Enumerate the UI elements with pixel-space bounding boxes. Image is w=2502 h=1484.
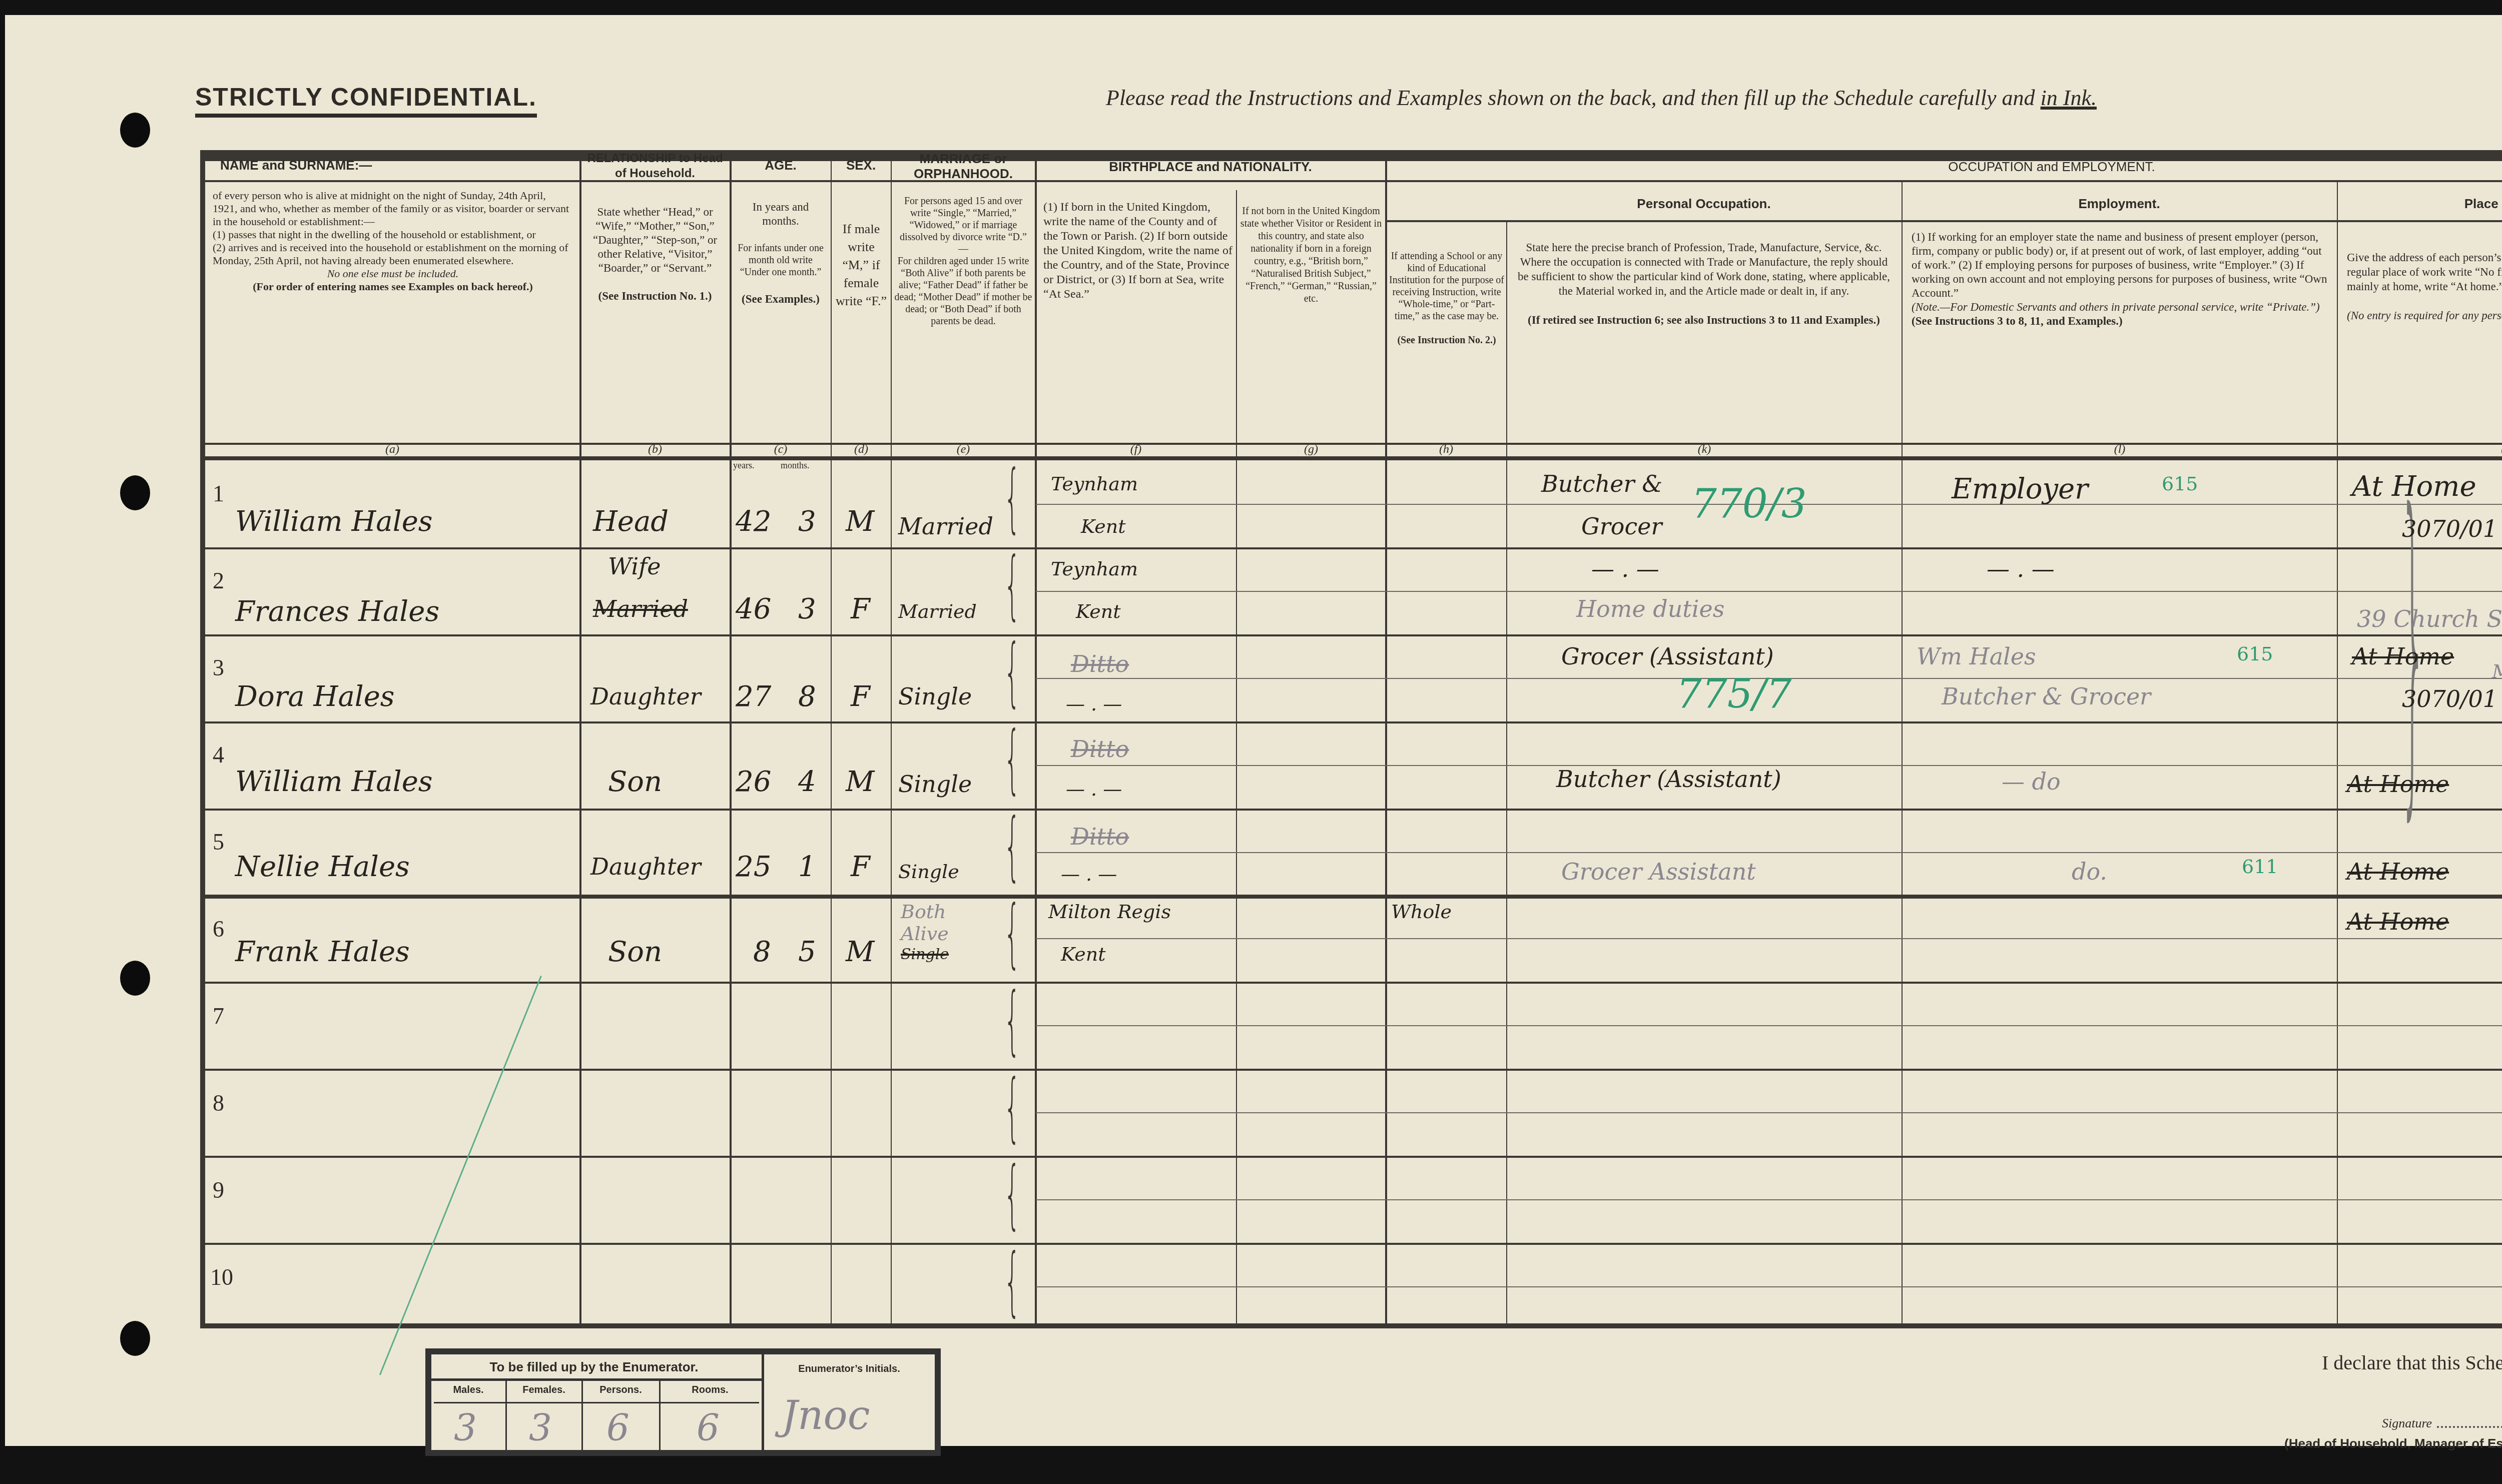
row6-birthplace-town[interactable]: Milton Regis xyxy=(1048,901,1171,923)
row2-employment[interactable]: — . — xyxy=(1987,555,2055,582)
col-c-instructions: In years and months. For infants under o… xyxy=(733,200,828,306)
col-e-instructions: For persons aged 15 and over write “Sing… xyxy=(893,195,1033,327)
brace-icon: { xyxy=(1004,547,1020,622)
row6-workplace[interactable]: At Home xyxy=(2347,908,2449,935)
row5-marriage[interactable]: Single xyxy=(898,861,959,883)
age-months-subheader: months. xyxy=(781,460,810,471)
col-letter-b: (b) xyxy=(580,443,730,456)
row2-sex[interactable]: F xyxy=(851,593,870,625)
row3-workplace-code[interactable]: 3070/01 xyxy=(2402,685,2497,712)
row-number: 2 xyxy=(213,567,224,594)
row3-birthplace-ditto[interactable]: — . — xyxy=(1066,693,1122,715)
row-number: 6 xyxy=(213,916,224,942)
col-letter-a: (a) xyxy=(205,443,579,456)
row3-name[interactable]: Dora Hales xyxy=(235,680,395,713)
row1-marriage[interactable]: Married xyxy=(898,513,993,540)
row6-sex[interactable]: M xyxy=(846,936,874,968)
row6-name[interactable]: Frank Hales xyxy=(235,936,410,968)
row3-employment-code: 615 xyxy=(2237,643,2273,665)
col-e-title: MARRIAGE or ORPHANHOOD. xyxy=(892,151,1034,181)
row3-age-years[interactable]: 27 xyxy=(736,680,771,713)
row3-workplace-town[interactable]: Milton Regis xyxy=(2492,660,2502,682)
row1-name[interactable]: William Hales xyxy=(235,505,433,538)
row4-birthplace-ditto[interactable]: — . — xyxy=(1066,778,1122,800)
row2-birthplace-town[interactable]: Teynham xyxy=(1051,558,1138,580)
row1-age-years[interactable]: 42 xyxy=(736,505,771,538)
col-m-title: Place of Work. xyxy=(2338,196,2502,211)
row6-marriage[interactable]: Single xyxy=(901,946,949,963)
col-b-instructions: State whether “Head,” or “Wife,” “Mother… xyxy=(583,205,727,303)
row2-birthplace-county[interactable]: Kent xyxy=(1076,600,1121,622)
brace-icon: { xyxy=(1004,460,1020,535)
males-label: Males. xyxy=(431,1384,505,1396)
persons-label: Persons. xyxy=(582,1384,659,1396)
row4-employment[interactable]: — do xyxy=(2002,768,2061,795)
row3-workplace-athome[interactable]: At Home xyxy=(2352,643,2454,670)
row4-occupation[interactable]: Butcher (Assistant) xyxy=(1556,766,1781,793)
row3-employment-line2[interactable]: Butcher & Grocer xyxy=(1942,683,2151,710)
row4-relationship[interactable]: Son xyxy=(608,766,662,798)
col-letter-d: (d) xyxy=(832,443,891,456)
row6-age-months[interactable]: 5 xyxy=(798,936,816,968)
row2-relationship-correction[interactable]: Wife xyxy=(608,553,661,580)
rooms-value[interactable]: 6 xyxy=(697,1407,720,1449)
col-letter-h: (h) xyxy=(1386,443,1506,456)
row1-occupation-code: 770/3 xyxy=(1691,480,1807,527)
row-number: 3 xyxy=(213,654,224,681)
signature-label: Signature xyxy=(2382,1416,2432,1431)
males-value[interactable]: 3 xyxy=(454,1407,477,1449)
row1-relationship[interactable]: Head xyxy=(593,505,669,538)
females-value[interactable]: 3 xyxy=(529,1407,552,1449)
col-k-instructions: State here the precise branch of Profess… xyxy=(1516,240,1892,327)
enumerator-initials[interactable]: Jnoc xyxy=(782,1392,870,1438)
brace-icon: { xyxy=(1004,1070,1020,1145)
row4-birthplace[interactable]: Ditto xyxy=(1071,735,1129,763)
age-years-subheader: years. xyxy=(733,460,754,471)
punch-hole xyxy=(120,961,150,996)
col-letter-l: (l) xyxy=(1903,443,2337,456)
row-number: 10 xyxy=(210,1264,233,1290)
row-number: 8 xyxy=(213,1090,224,1116)
row5-age-months[interactable]: 1 xyxy=(798,851,816,883)
row3-age-months[interactable]: 8 xyxy=(798,680,816,713)
enumerator-initials-label: Enumerator’s Initials. xyxy=(767,1363,932,1375)
row5-relationship[interactable]: Daughter xyxy=(590,853,701,880)
row2-age-months[interactable]: 3 xyxy=(798,593,816,625)
row4-age-months[interactable]: 4 xyxy=(798,766,816,798)
col-c-title: AGE. xyxy=(732,158,830,173)
brace-icon: { xyxy=(1004,634,1020,709)
row3-workplace-street[interactable]: 39 Church St, xyxy=(2357,605,2502,632)
col-b-title: RELATIONSHIP to Head of Household. xyxy=(581,151,729,181)
row4-workplace[interactable]: At Home xyxy=(2347,771,2449,798)
rooms-label: Rooms. xyxy=(660,1384,760,1396)
row4-marriage[interactable]: Single xyxy=(898,771,972,798)
row3-occupation[interactable]: Grocer (Assistant) xyxy=(1561,643,1774,670)
row1-sex[interactable]: M xyxy=(846,505,874,538)
row5-sex[interactable]: F xyxy=(851,851,870,883)
row1-workplace-code[interactable]: 3070/01 xyxy=(2402,515,2497,542)
enumerator-count-box: To be filled up by the Enumerator. Enume… xyxy=(425,1348,941,1456)
declaration-text: I declare that this Schedule is correctl… xyxy=(2322,1351,2502,1374)
row2-relationship[interactable]: Married xyxy=(593,595,688,622)
row6-education[interactable]: Whole xyxy=(1391,901,1452,923)
confidential-title: STRICTLY CONFIDENTIAL. xyxy=(195,83,537,118)
brace-icon: { xyxy=(1004,983,1020,1058)
row2-marriage[interactable]: Married xyxy=(898,600,977,622)
brace-icon: { xyxy=(1004,1157,1020,1232)
row3-relationship[interactable]: Daughter xyxy=(590,683,701,710)
row2-occupation[interactable]: Home duties xyxy=(1576,595,1724,622)
row5-age-years[interactable]: 25 xyxy=(736,851,771,883)
row2-occupation-ditto[interactable]: — . — xyxy=(1591,555,1659,582)
row-number: 5 xyxy=(213,829,224,855)
row1-birthplace-county[interactable]: Kent xyxy=(1081,515,1126,537)
col-h-instructions: If attending a School or any kind of Edu… xyxy=(1389,250,1505,346)
row-number: 9 xyxy=(213,1177,224,1203)
punch-hole xyxy=(120,475,150,510)
col-a-title: NAME and SURNAME:— xyxy=(220,158,570,173)
row3-birthplace[interactable]: Ditto xyxy=(1071,650,1129,677)
col-letter-c: (c) xyxy=(731,443,831,456)
brace-icon: { xyxy=(1004,809,1020,884)
col-occupation-title: OCCUPATION and EMPLOYMENT. xyxy=(1801,159,2302,174)
row3-marriage[interactable]: Single xyxy=(898,683,972,710)
row5-employment-code: 611 xyxy=(2242,856,2278,878)
top-instruction-text: Please read the Instructions and Example… xyxy=(1106,86,2035,110)
row4-sex[interactable]: M xyxy=(846,766,874,798)
row5-birthplace-ditto[interactable]: — . — xyxy=(1061,863,1117,885)
row-number: 7 xyxy=(213,1003,224,1029)
females-label: Females. xyxy=(506,1384,581,1396)
col-d-instructions: If male write “M,” if female write “F.” xyxy=(835,220,888,310)
row5-workplace[interactable]: At Home xyxy=(2347,858,2449,885)
signature-line xyxy=(2437,1426,2502,1428)
signature-note: (Head of Household, Manager of Establish… xyxy=(2284,1436,2502,1451)
punch-hole xyxy=(120,1321,150,1356)
punch-hole xyxy=(120,113,150,148)
brace-icon: { xyxy=(1004,896,1020,971)
col-d-title: SEX. xyxy=(832,158,890,173)
row3-occupation-code: 775/7 xyxy=(1676,670,1792,717)
col-g-instructions: If not born in the United Kingdom state … xyxy=(1238,205,1384,305)
top-instruction: Please read the Instructions and Example… xyxy=(1106,85,2097,111)
row1-occupation-line1[interactable]: Butcher & xyxy=(1541,470,1662,497)
enumerator-count-title: To be filled up by the Enumerator. xyxy=(451,1359,737,1375)
row1-workplace[interactable]: At Home xyxy=(2352,470,2476,503)
row1-employment[interactable]: Employer xyxy=(1952,473,2088,505)
col-letter-g: (g) xyxy=(1237,443,1385,456)
brace-icon: { xyxy=(1004,721,1020,797)
brace-icon: { xyxy=(1004,1244,1020,1319)
row3-employment[interactable]: Wm Hales xyxy=(1917,643,2036,670)
row1-age-months[interactable]: 3 xyxy=(798,505,816,538)
col-a-instructions: of every person who is alive at midnight… xyxy=(213,189,573,293)
row-number: 4 xyxy=(213,741,224,768)
col-l-title: Employment. xyxy=(1903,196,2336,211)
row1-birthplace-town[interactable]: Teynham xyxy=(1051,473,1138,495)
col-letter-f: (f) xyxy=(1036,443,1236,456)
row5-occupation[interactable]: Grocer Assistant xyxy=(1561,858,1756,885)
row6-age-years[interactable]: 8 xyxy=(753,936,771,968)
row1-occupation-line2[interactable]: Grocer xyxy=(1581,513,1662,540)
col-k-title: Personal Occupation. xyxy=(1507,196,1901,211)
col-letter-k: (k) xyxy=(1507,443,1902,456)
col-fg-title: BIRTHPLACE and NATIONALITY. xyxy=(1037,159,1384,174)
row1-employment-code: 615 xyxy=(2162,473,2198,495)
row3-sex[interactable]: F xyxy=(851,680,870,713)
row5-birthplace[interactable]: Ditto xyxy=(1071,823,1129,850)
persons-value[interactable]: 6 xyxy=(606,1407,630,1449)
col-l-instructions: (1) If working for an employer state the… xyxy=(1912,230,2332,328)
col-m-instructions: Give the address of each person’s place … xyxy=(2347,250,2502,323)
row2-age-years[interactable]: 46 xyxy=(736,593,771,625)
row5-employment[interactable]: do. xyxy=(2072,858,2107,885)
row4-age-years[interactable]: 26 xyxy=(736,766,771,798)
col-f-instructions: (1) If born in the United Kingdom, write… xyxy=(1043,200,1233,302)
row-number: 1 xyxy=(213,480,224,507)
row5-name[interactable]: Nellie Hales xyxy=(235,851,410,883)
row2-name[interactable]: Frances Hales xyxy=(235,595,439,628)
top-instruction-ink: in Ink. xyxy=(2041,86,2097,110)
row6-birthplace-county[interactable]: Kent xyxy=(1061,943,1106,965)
row4-name[interactable]: William Hales xyxy=(235,766,433,798)
row6-relationship[interactable]: Son xyxy=(608,936,662,968)
row6-orphanhood[interactable]: Both Alive xyxy=(901,901,961,945)
